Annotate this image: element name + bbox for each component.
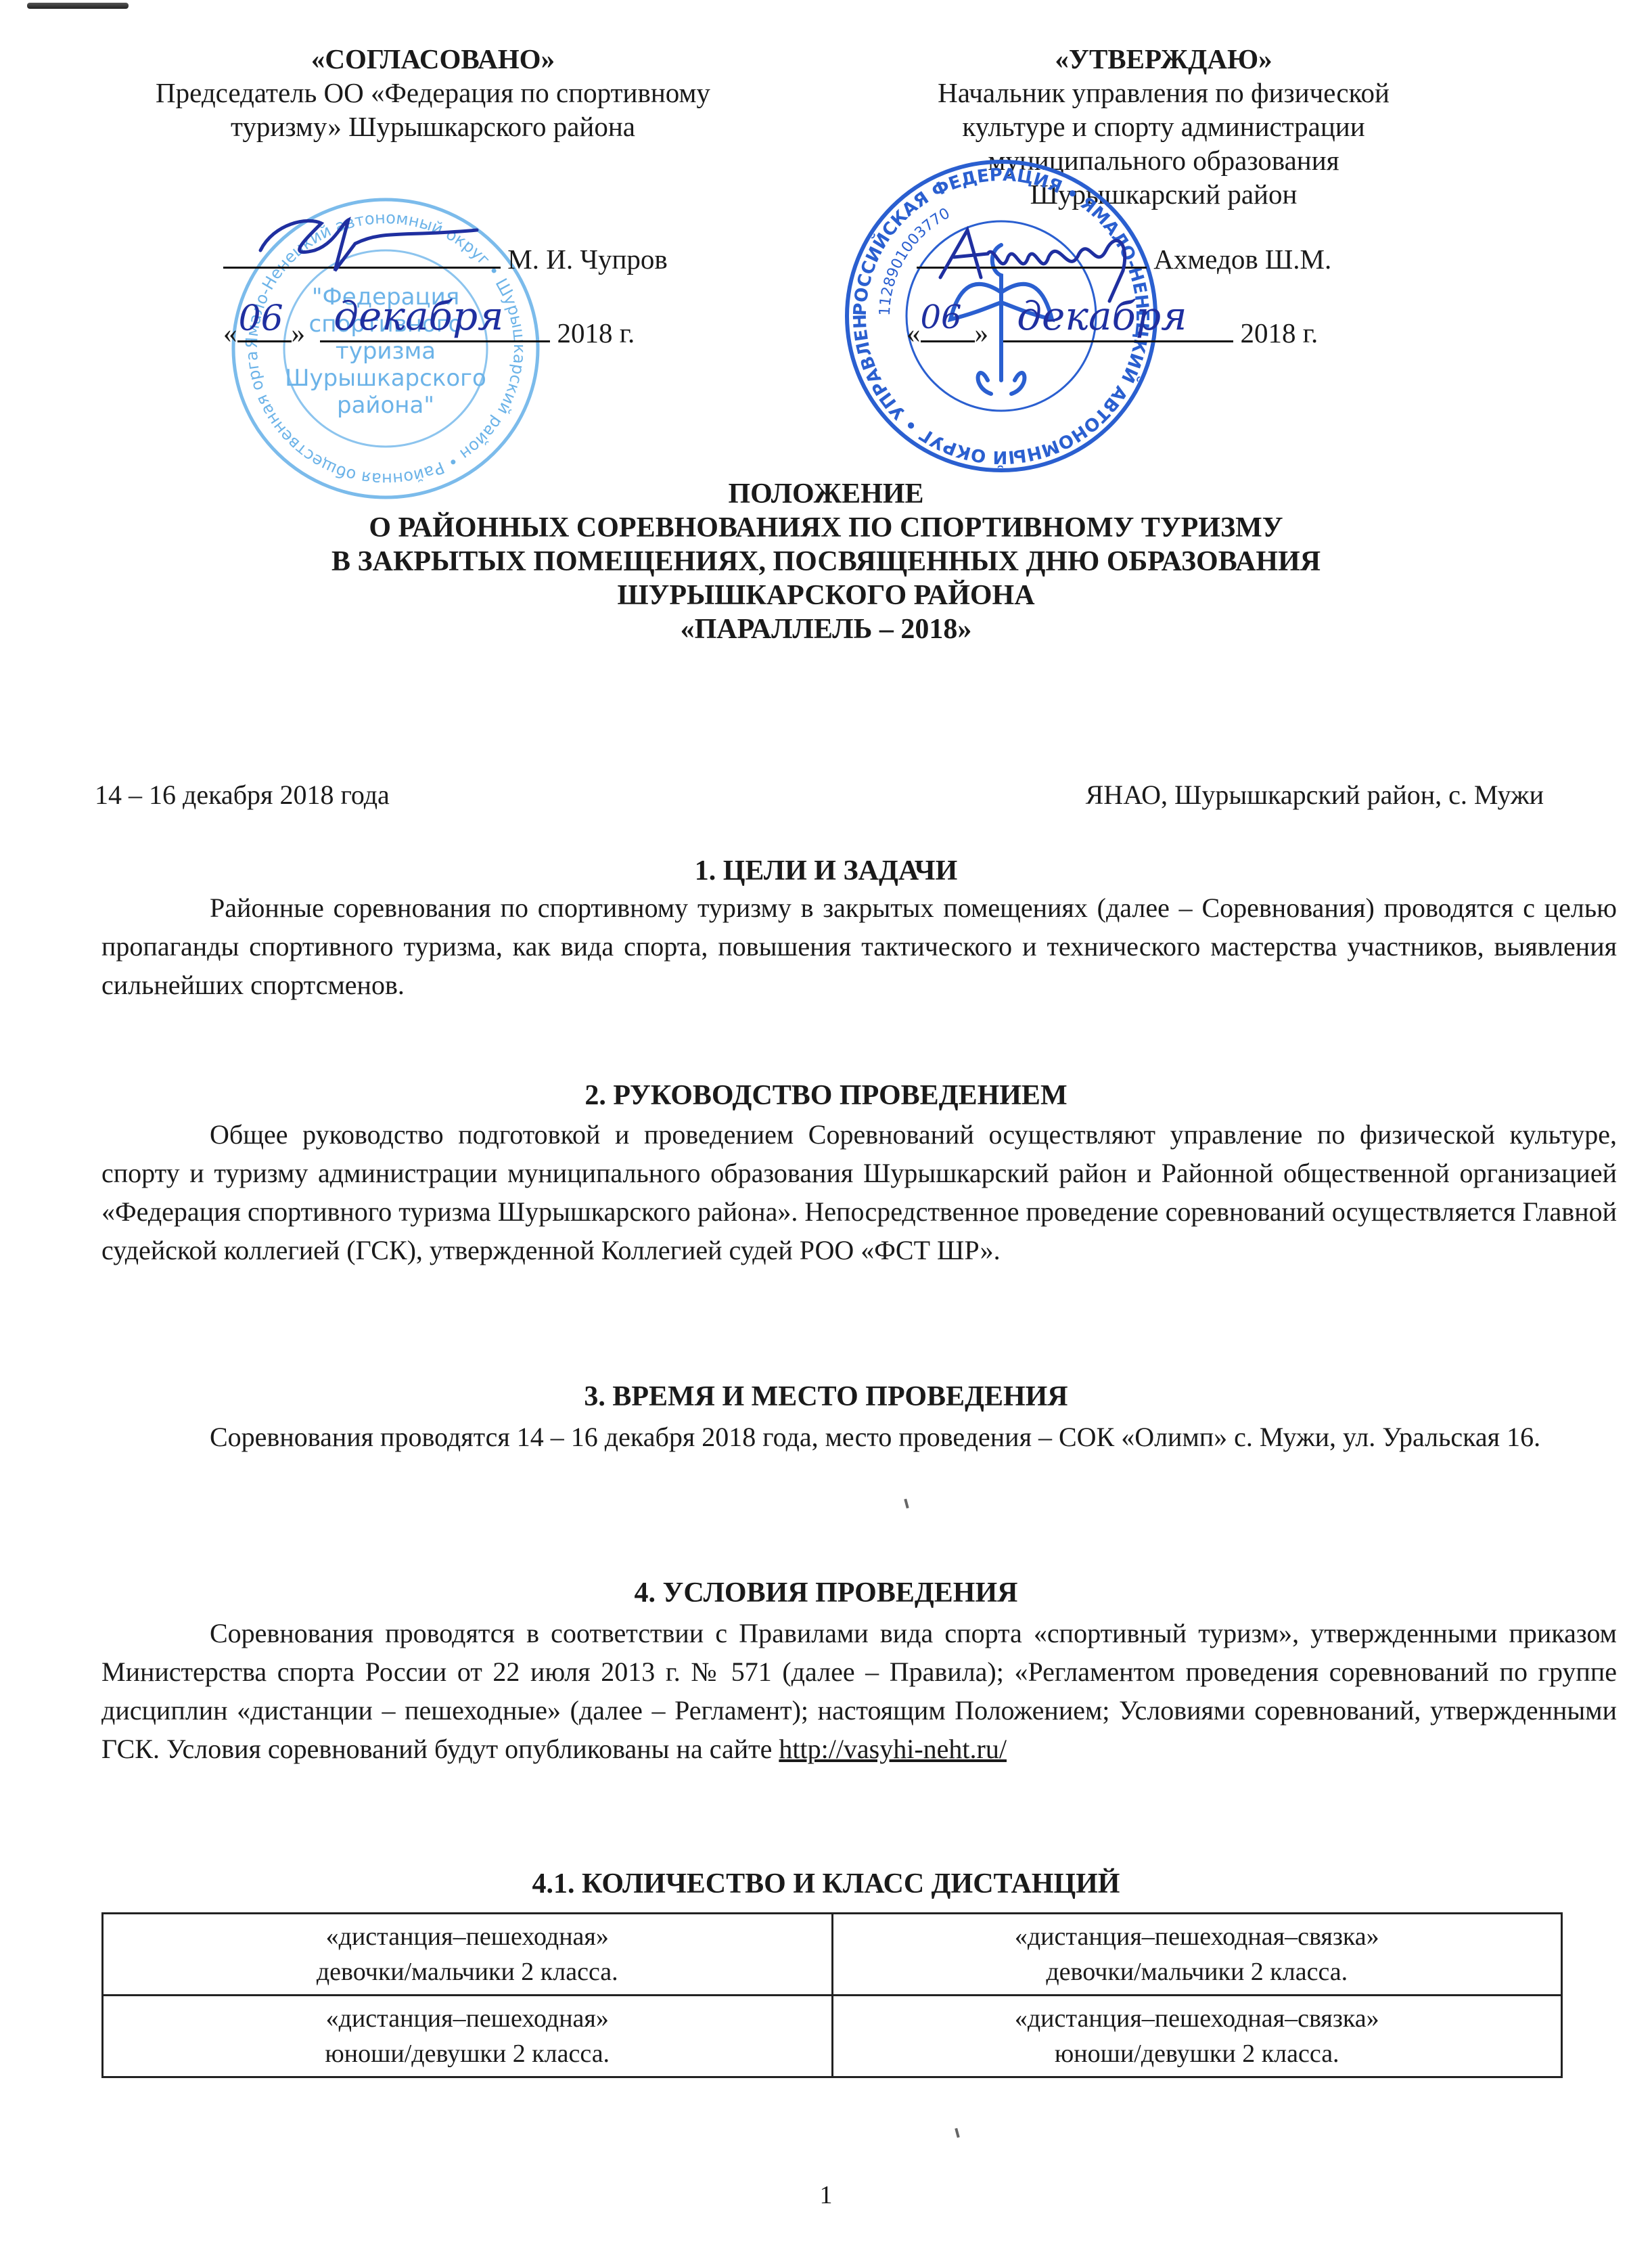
event-dates: 14 – 16 декабря 2018 года xyxy=(95,779,390,811)
signature-scribble-icon xyxy=(927,217,1184,305)
date-month-field: декабря xyxy=(320,313,550,342)
date-year: 2018 г. xyxy=(1241,317,1318,348)
page-number: 1 xyxy=(0,2180,1652,2210)
section-heading-management: 2. РУКОВОДСТВО ПРОВЕДЕНИЕМ xyxy=(0,1079,1652,1112)
date-day-field: 06 xyxy=(237,313,292,342)
section-text-goals: Районные соревнования по спортивному тур… xyxy=(101,888,1617,1004)
section-text-conditions: Соревнования проводятся в соответствии с… xyxy=(101,1614,1617,1768)
date-day-field: 06 xyxy=(921,313,975,342)
stamp-center-line: района" xyxy=(337,392,434,419)
section-heading-time-place: 3. ВРЕМЯ И МЕСТО ПРОВЕДЕНИЯ xyxy=(0,1380,1652,1413)
table-cell: «дистанция–пешеходная–связка»девочки/мал… xyxy=(832,1914,1562,1996)
event-location: ЯНАО, Шурышкарский район, с. Мужи xyxy=(1086,779,1544,811)
table-cell: «дистанция–пешеходная»юноши/девушки 2 кл… xyxy=(103,1996,833,2077)
table-cell: «дистанция–пешеходная»девочки/мальчики 2… xyxy=(103,1914,833,1996)
date-row-right: «06» декабря 2018 г. xyxy=(907,313,1318,349)
section-heading-conditions: 4. УСЛОВИЯ ПРОВЕДЕНИЯ xyxy=(0,1577,1652,1609)
stamp-center-line: Шурышкарского xyxy=(285,365,486,392)
distances-table: «дистанция–пешеходная»девочки/мальчики 2… xyxy=(101,1912,1563,2078)
signatory-name: М. И. Чупров xyxy=(507,244,668,275)
section-heading-distances: 4.1. КОЛИЧЕСТВО И КЛАСС ДИСТАНЦИЙ xyxy=(0,1868,1652,1900)
staple-mark xyxy=(27,3,129,9)
scan-speck xyxy=(904,1499,909,1509)
approval-line: культуре и спорту администрации xyxy=(846,110,1482,143)
date-year: 2018 г. xyxy=(557,317,635,348)
approval-block-agreed: «СОГЛАСОВАНО» Председатель ОО «Федерация… xyxy=(95,42,771,143)
table-row: «дистанция–пешеходная»девочки/мальчики 2… xyxy=(103,1914,1562,1996)
rules-website-link[interactable]: http://vasyhi-neht.ru/ xyxy=(779,1734,1007,1764)
approval-line: Председатель ОО «Федерация по спортивном… xyxy=(95,76,771,110)
date-row-left: «06» декабря 2018 г. xyxy=(223,313,635,349)
section-text-time-place: Соревнования проводятся 14 – 16 декабря … xyxy=(101,1418,1617,1456)
document-title: ПОЛОЖЕНИЕ О РАЙОННЫХ СОРЕВНОВАНИЯХ ПО СП… xyxy=(0,477,1652,646)
date-month-field: декабря xyxy=(1003,313,1233,342)
scan-speck xyxy=(955,2128,959,2138)
table-cell: «дистанция–пешеходная–связка»юноши/девуш… xyxy=(832,1996,1562,2077)
section-heading-goals: 1. ЦЕЛИ И ЗАДАЧИ xyxy=(0,855,1652,887)
approval-title: «УТВЕРЖДАЮ» xyxy=(846,42,1482,76)
section-text-management: Общее руководство подготовкой и проведен… xyxy=(101,1115,1617,1269)
approval-line: Начальник управления по физической xyxy=(846,76,1482,110)
signature-scribble-icon xyxy=(247,203,490,277)
approval-line: туризму» Шурышкарского района xyxy=(95,110,771,143)
table-row: «дистанция–пешеходная»юноши/девушки 2 кл… xyxy=(103,1996,1562,2077)
approval-title: «СОГЛАСОВАНО» xyxy=(95,42,771,76)
